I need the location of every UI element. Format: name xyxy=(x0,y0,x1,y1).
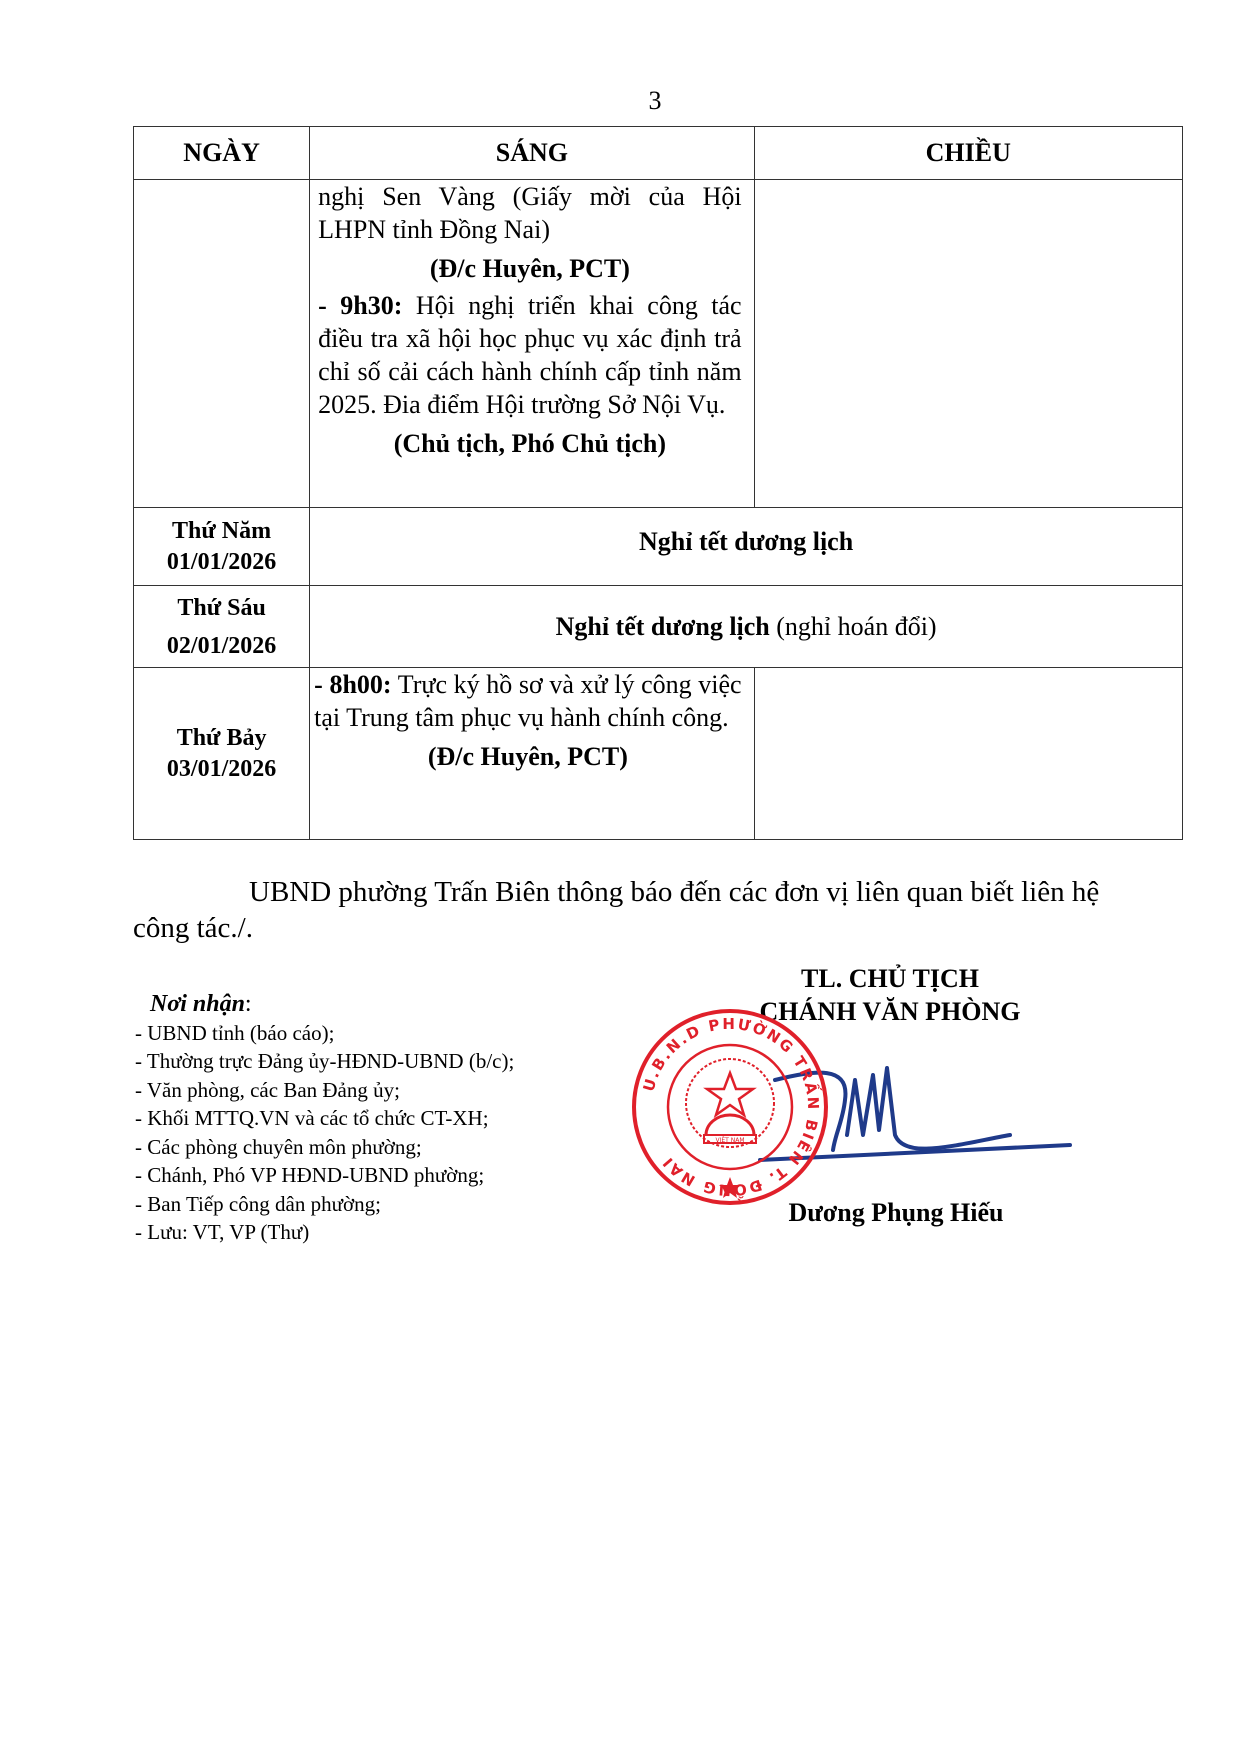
stamp-emblem-text: VIỆT NAM xyxy=(715,1136,744,1144)
signature-line-1: TL. CHỦ TỊCH xyxy=(720,962,1060,995)
recipients-colon: : xyxy=(245,991,252,1017)
day-date: 02/01/2026 xyxy=(134,627,309,665)
event-time: - 8h00: xyxy=(314,670,391,699)
morning-cell: nghị Sen Vàng (Giấy mời của Hội LHPN tỉn… xyxy=(310,180,754,508)
signer-name: Dương Phụng Hiếu xyxy=(766,1198,1026,1228)
page-number: 3 xyxy=(0,86,1241,116)
recipient-item: - Các phòng chuyên môn phường; xyxy=(135,1133,514,1162)
recipient-item: - Chánh, Phó VP HĐND-UBND phường; xyxy=(135,1161,514,1190)
header-day: NGÀY xyxy=(134,127,310,180)
table-row: Thứ Năm 01/01/2026 Nghỉ tết dương lịch xyxy=(134,508,1183,586)
header-morning: SÁNG xyxy=(310,127,754,180)
closing-notice: UBND phường Trấn Biên thông báo đến các … xyxy=(133,874,1143,946)
holiday-note: (nghỉ hoán đổi) xyxy=(770,612,937,641)
recipient-item: - Văn phòng, các Ban Đảng ủy; xyxy=(135,1076,514,1105)
afternoon-cell xyxy=(754,180,1182,508)
table-row: Thứ Sáu 02/01/2026 Nghỉ tết dương lịch (… xyxy=(134,586,1183,668)
holiday-cell: Nghỉ tết dương lịch (nghỉ hoán đổi) xyxy=(310,586,1183,668)
day-date: 01/01/2026 xyxy=(134,547,309,578)
holiday-label: Nghỉ tết dương lịch xyxy=(556,612,770,641)
event-assignee: (Đ/c Huyên, PCT) xyxy=(314,740,741,773)
recipient-item: - Thường trực Đảng ủy-HĐND-UBND (b/c); xyxy=(135,1047,514,1076)
holiday-cell: Nghỉ tết dương lịch xyxy=(310,508,1183,586)
header-afternoon: CHIỀU xyxy=(754,127,1182,180)
afternoon-cell xyxy=(754,668,1182,840)
table-header-row: NGÀY SÁNG CHIỀU xyxy=(134,127,1183,180)
recipients-block: Nơi nhận: - UBND tỉnh (báo cáo); - Thườn… xyxy=(135,990,514,1247)
day-date: 03/01/2026 xyxy=(134,754,309,785)
day-cell: Thứ Bảy 03/01/2026 xyxy=(134,668,310,840)
morning-cell: - 8h00: Trực ký hồ sơ và xử lý công việc… xyxy=(310,668,754,840)
morning-continued-text: nghị Sen Vàng (Giấy mời của Hội LHPN tỉn… xyxy=(318,180,741,246)
day-name: Thứ Bảy xyxy=(134,723,309,754)
recipient-item: - Lưu: VT, VP (Thư) xyxy=(135,1218,514,1247)
day-cell: Thứ Năm 01/01/2026 xyxy=(134,508,310,586)
table-row: nghị Sen Vàng (Giấy mời của Hội LHPN tỉn… xyxy=(134,180,1183,508)
day-cell xyxy=(134,180,310,508)
recipient-item: - Ban Tiếp công dân phường; xyxy=(135,1190,514,1219)
official-stamp-icon: U.B.N.D PHƯỜNG TRẤN BIÊN T. ĐỒNG NAI VIỆ… xyxy=(630,1007,830,1207)
day-name: Thứ Năm xyxy=(134,516,309,547)
day-cell: Thứ Sáu 02/01/2026 xyxy=(134,586,310,668)
event-time: - 9h30: xyxy=(318,291,402,320)
day-name: Thứ Sáu xyxy=(134,589,309,627)
table-row: Thứ Bảy 03/01/2026 - 8h00: Trực ký hồ sơ… xyxy=(134,668,1183,840)
event-assignee: (Chủ tịch, Phó Chủ tịch) xyxy=(318,427,741,460)
morning-continued-assignee: (Đ/c Huyên, PCT) xyxy=(318,252,741,285)
recipient-item: - UBND tỉnh (báo cáo); xyxy=(135,1019,514,1048)
schedule-table: NGÀY SÁNG CHIỀU nghị Sen Vàng (Giấy mời … xyxy=(133,126,1183,840)
recipients-title: Nơi nhận xyxy=(150,991,245,1017)
recipient-item: - Khối MTTQ.VN và các tổ chức CT-XH; xyxy=(135,1104,514,1133)
holiday-label: Nghỉ tết dương lịch xyxy=(639,527,853,556)
